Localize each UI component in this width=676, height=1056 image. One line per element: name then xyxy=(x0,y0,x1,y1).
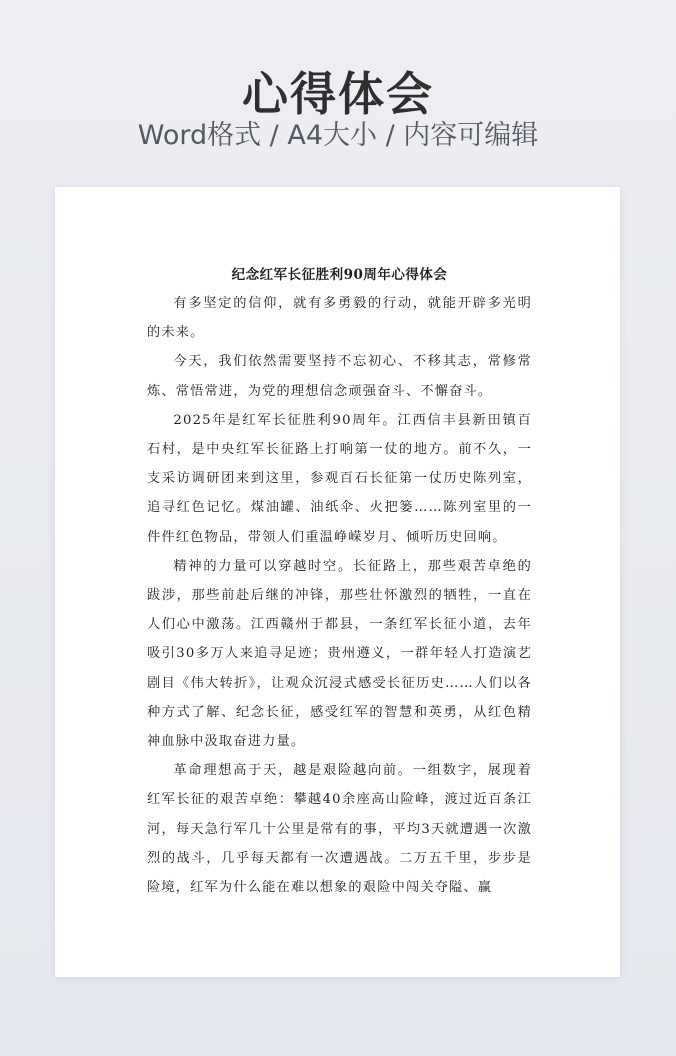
paragraph: 精神的力量可以穿越时空。长征路上，那些艰苦卓绝的跋涉，那些前赴后继的冲锋，那些壮… xyxy=(147,552,532,756)
document-body: 纪念红军长征胜利90周年心得体会 有多坚定的信仰，就有多勇毅的行动，就能开辟多光… xyxy=(147,263,532,902)
paragraph: 2025年是红军长征胜利90周年。江西信丰县新田镇百石村，是中央红军长征路上打响… xyxy=(147,406,532,552)
banner-subtitle: Word格式 / A4大小 / 内容可编辑 xyxy=(0,118,676,154)
paragraph: 革命理想高于天，越是艰险越向前。一组数字，展现着红军长征的艰苦卓绝：攀越40余座… xyxy=(147,756,532,902)
paragraph: 今天，我们依然需要坚持不忘初心、不移其志，常修常炼、常悟常进，为党的理想信念顽强… xyxy=(147,347,532,405)
document-title: 纪念红军长征胜利90周年心得体会 xyxy=(147,263,532,287)
document-page: 纪念红军长征胜利90周年心得体会 有多坚定的信仰，就有多勇毅的行动，就能开辟多光… xyxy=(55,187,620,977)
paragraph: 有多坚定的信仰，就有多勇毅的行动，就能开辟多光明的未来。 xyxy=(147,289,532,347)
banner-title: 心得体会 xyxy=(0,66,676,122)
